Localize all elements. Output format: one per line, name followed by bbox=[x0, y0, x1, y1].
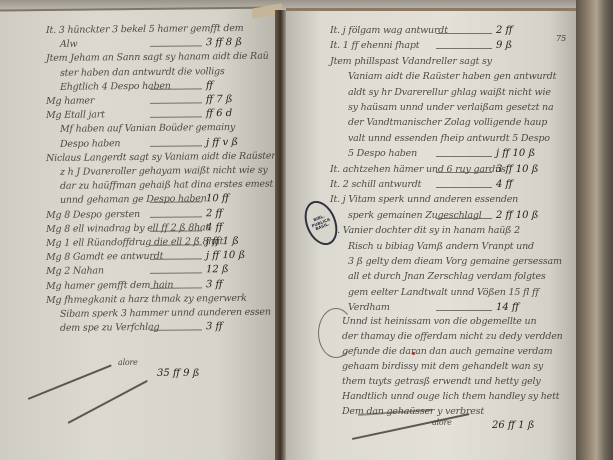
ledger-entry-text: gem eelter Landtwalt unnd Vößen 15 fl ff bbox=[348, 287, 539, 298]
book-fore-edge bbox=[576, 0, 613, 460]
ledger-entry-text: Risch u bibiag Vamß andern Vranpt und bbox=[348, 241, 534, 252]
paragraph-line: gefunde die daran dan auch gemaine verda… bbox=[342, 346, 552, 357]
ledger-entry-text: Mg 2 Nahan bbox=[46, 266, 104, 278]
ledger-entry-text: Ehgtlich 4 Despo haben bbox=[60, 80, 171, 92]
ledger-entry-text: der Vandtmanischer Zolag volligende haup bbox=[348, 117, 547, 128]
entry-rule-line bbox=[436, 310, 492, 311]
ledger-entry-text: dem spe zu Verfchlag bbox=[60, 322, 159, 334]
ledger-entry-text: aldt sy hr Dvarerellur ghlag waißt nicht… bbox=[348, 87, 551, 98]
entry-rule-line bbox=[436, 33, 492, 34]
stamp-text: BIBL.PUBLICABASIL. bbox=[310, 213, 333, 233]
ledger-entry-text: 5 Despo haben bbox=[348, 148, 417, 159]
summa-amount: 26 ff 1 ß bbox=[492, 420, 534, 431]
ledger-entry-amount: 3 ff bbox=[206, 321, 223, 332]
ledger-entry-text: Jtem phillspast Vdandreller sagt sy bbox=[330, 56, 492, 67]
ledger-entry-text: Mg fhmegkanit a harz thmak zy engerwerk bbox=[46, 293, 247, 306]
ledger-entry-text: Mg 1 ell Rüandoffdrug die ell 2 ß 8hat bbox=[46, 236, 223, 249]
ledger-entry-text: Jtem Jeham an Sann sagt sy hanam aidt di… bbox=[46, 51, 269, 64]
ledger-entry-text: z h J Dvareroller gehayam waißt nicht wi… bbox=[60, 165, 268, 178]
ledger-entry-text: Vaniam aidt die Raüster haben gen antwur… bbox=[348, 71, 556, 82]
paragraph-line: them tuyts getrasß erwendt und hetty gel… bbox=[342, 376, 541, 387]
summa-label: alore bbox=[118, 358, 138, 367]
ledger-entry-text: It. achtzehen hämer und 6 ruy gardns bbox=[330, 164, 506, 175]
ledger-entry-amount: 4 ff bbox=[206, 222, 223, 233]
ledger-entry-amount: 3 ff 10 ß bbox=[496, 164, 538, 175]
ledger-entry-text: 3 ß gelty dem dieam Vorg gemaine gersess… bbox=[348, 256, 562, 267]
ledger-entry-text: It. 1 ff ehenni fhapt bbox=[330, 40, 419, 51]
ledger-entry-amount: 4 ff bbox=[496, 179, 513, 190]
entry-rule-line bbox=[150, 102, 202, 104]
ledger-entry-text: Mg 8 ell winadrag by ell ff 2 ß 8hat bbox=[46, 222, 209, 235]
ledger-entry-text: Sibam sperk 3 hammer unnd aunderen essen bbox=[60, 307, 271, 320]
ledger-entry-text: Mf haben auf Vanian Boüder gemainy bbox=[60, 122, 235, 135]
entry-rule-line bbox=[150, 330, 202, 332]
folio-number: 75 bbox=[556, 34, 566, 43]
ledger-entry-amount: 9 ß bbox=[496, 40, 512, 51]
ledger-entry-text: Mg hamer bbox=[46, 95, 94, 107]
ledger-entry-text: Verdham bbox=[348, 302, 390, 313]
entry-rule-line bbox=[150, 273, 202, 275]
red-ink-mark bbox=[412, 352, 415, 355]
entry-rule-line bbox=[150, 216, 202, 218]
entry-rule-line bbox=[150, 117, 202, 119]
ledger-entry-text: Mg Etall jart bbox=[46, 110, 105, 122]
ledger-entry-amount: j ff 1 ß bbox=[206, 236, 239, 247]
ledger-entry-text: ster haben dan antwurdt die volligs bbox=[60, 66, 225, 79]
summa-amount: 35 ff 9 ß bbox=[157, 368, 199, 379]
ledger-entry-text: It. j Vitam sperk unnd anderen essenden bbox=[330, 194, 518, 205]
ledger-entry-text: sy haüsam unnd under verlaißam gesetzt n… bbox=[348, 102, 553, 113]
entry-rule-line bbox=[150, 287, 202, 289]
ledger-entry-amount: 14 ff bbox=[496, 302, 519, 313]
ledger-entry-text: sperk gemainen Zugeschlagl bbox=[348, 210, 482, 221]
ledger-entry-amount: j ff v ß bbox=[206, 137, 238, 148]
ledger-entry-text: Mg 8 Despo gersten bbox=[46, 209, 140, 221]
ledger-entry-amount: ff 7 ß bbox=[206, 94, 232, 105]
ledger-entry-text: dar zu haüffman gehaiß hat dina erstes e… bbox=[60, 179, 273, 192]
paragraph-line: der thamay die offerdam nicht zu dedy ve… bbox=[342, 331, 563, 342]
ledger-entry-amount: 10 ff bbox=[206, 193, 229, 204]
entry-rule-line bbox=[150, 46, 202, 48]
summa-label: alore bbox=[432, 418, 452, 427]
ledger-entry-amount: ff 6 d bbox=[206, 108, 232, 119]
entry-rule-line bbox=[436, 172, 492, 173]
entry-rule-line bbox=[150, 259, 202, 261]
ledger-entry-text: Alw bbox=[60, 39, 77, 50]
ledger-entry-amount: ff bbox=[206, 80, 213, 91]
paragraph-line: Handtlich unnd ouge lich them handley sy… bbox=[342, 391, 559, 402]
ledger-entry-text: It. j fölgam wag antwurdt bbox=[330, 25, 448, 36]
ledger-entry-amount: 12 ß bbox=[206, 264, 229, 275]
ledger-entry-amount: 2 ff 10 ß bbox=[496, 210, 538, 221]
ledger-entry-amount: 3 ff 8 ß bbox=[206, 37, 242, 48]
ledger-entry-text: valt unnd essenden fheip antwurdt 5 Desp… bbox=[348, 133, 550, 144]
entry-rule-line bbox=[436, 218, 492, 219]
paragraph-line: gehaam birdissy mit dem gehandelt wan sy bbox=[342, 361, 543, 372]
ledger-entry-text: all et durch Jnan Zerschlag verdam folgt… bbox=[348, 271, 546, 282]
ledger-entry-text: Despo haben bbox=[60, 138, 120, 150]
ledger-entry-text: unnd gehaman ge Despo haben bbox=[60, 194, 207, 207]
ledger-entry-amount: 2 ff bbox=[496, 25, 513, 36]
paragraph-line: Unnd ist heinissam von die obgemellte un bbox=[342, 316, 536, 327]
margin-flourish bbox=[318, 308, 354, 358]
ledger-entry-text: Niclaus Langerdt sagt sy Vaniam aidt die… bbox=[46, 150, 276, 164]
ledger-entry-text: Mg 8 Gamdt ee antwurdt bbox=[46, 251, 163, 263]
ledger-entry-amount: 2 ff bbox=[206, 208, 223, 219]
entry-rule-line bbox=[436, 156, 492, 157]
ledger-entry-amount: j ff 10 ß bbox=[496, 148, 535, 159]
ledger-entry-text: It. 3 hünckter 3 bekel 5 hamer gemfft de… bbox=[46, 23, 243, 36]
ledger-entry-amount: 3 ff bbox=[206, 279, 223, 290]
entry-rule-line bbox=[436, 48, 492, 49]
entry-rule-line bbox=[150, 145, 202, 147]
ledger-entry-text: It. 2 schill antwurdt bbox=[330, 179, 421, 190]
ledger-entry-text: It. Vanier dochter dit sy in hanam haüß … bbox=[330, 225, 520, 236]
ledger-entry-amount: j ff 10 ß bbox=[206, 250, 245, 261]
ledger-entry-text: Mg hamer gemfft dem hain bbox=[46, 279, 173, 291]
entry-rule-line bbox=[436, 187, 492, 188]
entry-rule-line bbox=[150, 88, 202, 90]
